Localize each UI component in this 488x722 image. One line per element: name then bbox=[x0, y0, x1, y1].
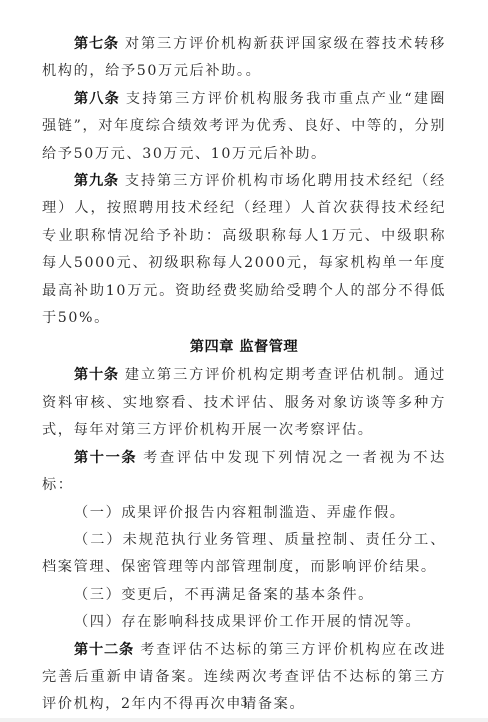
list-item-4: （四）存在影响科技成果评价工作开展的情况等。 bbox=[42, 609, 446, 636]
article-text: 支持第三方评价机构市场化聘用技术经纪（经理）人，按照聘用技术经纪（经理）人首次获… bbox=[42, 173, 446, 326]
page-number: 3 bbox=[0, 694, 488, 710]
list-item-2: （二）未规范执行业务管理、质量控制、责任分工、档案管理、保密管理等内部管理制度，… bbox=[42, 527, 446, 582]
article-9: 第九条支持第三方评价机构市场化聘用技术经纪（经理）人，按照聘用技术经纪（经理）人… bbox=[42, 168, 446, 332]
article-label: 第十二条 bbox=[74, 642, 134, 658]
article-label: 第七条 bbox=[74, 36, 119, 52]
article-label: 第十条 bbox=[74, 367, 119, 383]
chapter-heading: 第四章 监督管理 bbox=[42, 332, 446, 362]
article-10: 第十条建立第三方评价机构定期考查评估机制。通过资料审核、实地察看、技术评估、服务… bbox=[42, 362, 446, 444]
article-7: 第七条对第三方评价机构新获评国家级在蓉技术转移机构的，给予50万元后补助。。 bbox=[42, 31, 446, 86]
article-label: 第八条 bbox=[74, 91, 120, 107]
list-item-3: （三）变更后，不再满足备案的基本条件。 bbox=[42, 582, 446, 609]
document-body: 第七条对第三方评价机构新获评国家级在蓉技术转移机构的，给予50万元后补助。。 第… bbox=[42, 31, 446, 719]
list-item-1: （一）成果评价报告内容粗制滥造、弄虚作假。 bbox=[42, 500, 446, 527]
article-11: 第十一条考查评估中发现下列情况之一者视为不达标： bbox=[42, 445, 446, 500]
page-bottom-edge bbox=[0, 718, 488, 722]
article-8: 第八条支持第三方评价机构服务我市重点产业“建圈强链”，对年度综合绩效考评为优秀、… bbox=[42, 86, 446, 168]
article-label: 第十一条 bbox=[74, 450, 137, 466]
document-page: 第七条对第三方评价机构新获评国家级在蓉技术转移机构的，给予50万元后补助。。 第… bbox=[0, 0, 488, 718]
article-label: 第九条 bbox=[74, 173, 119, 189]
